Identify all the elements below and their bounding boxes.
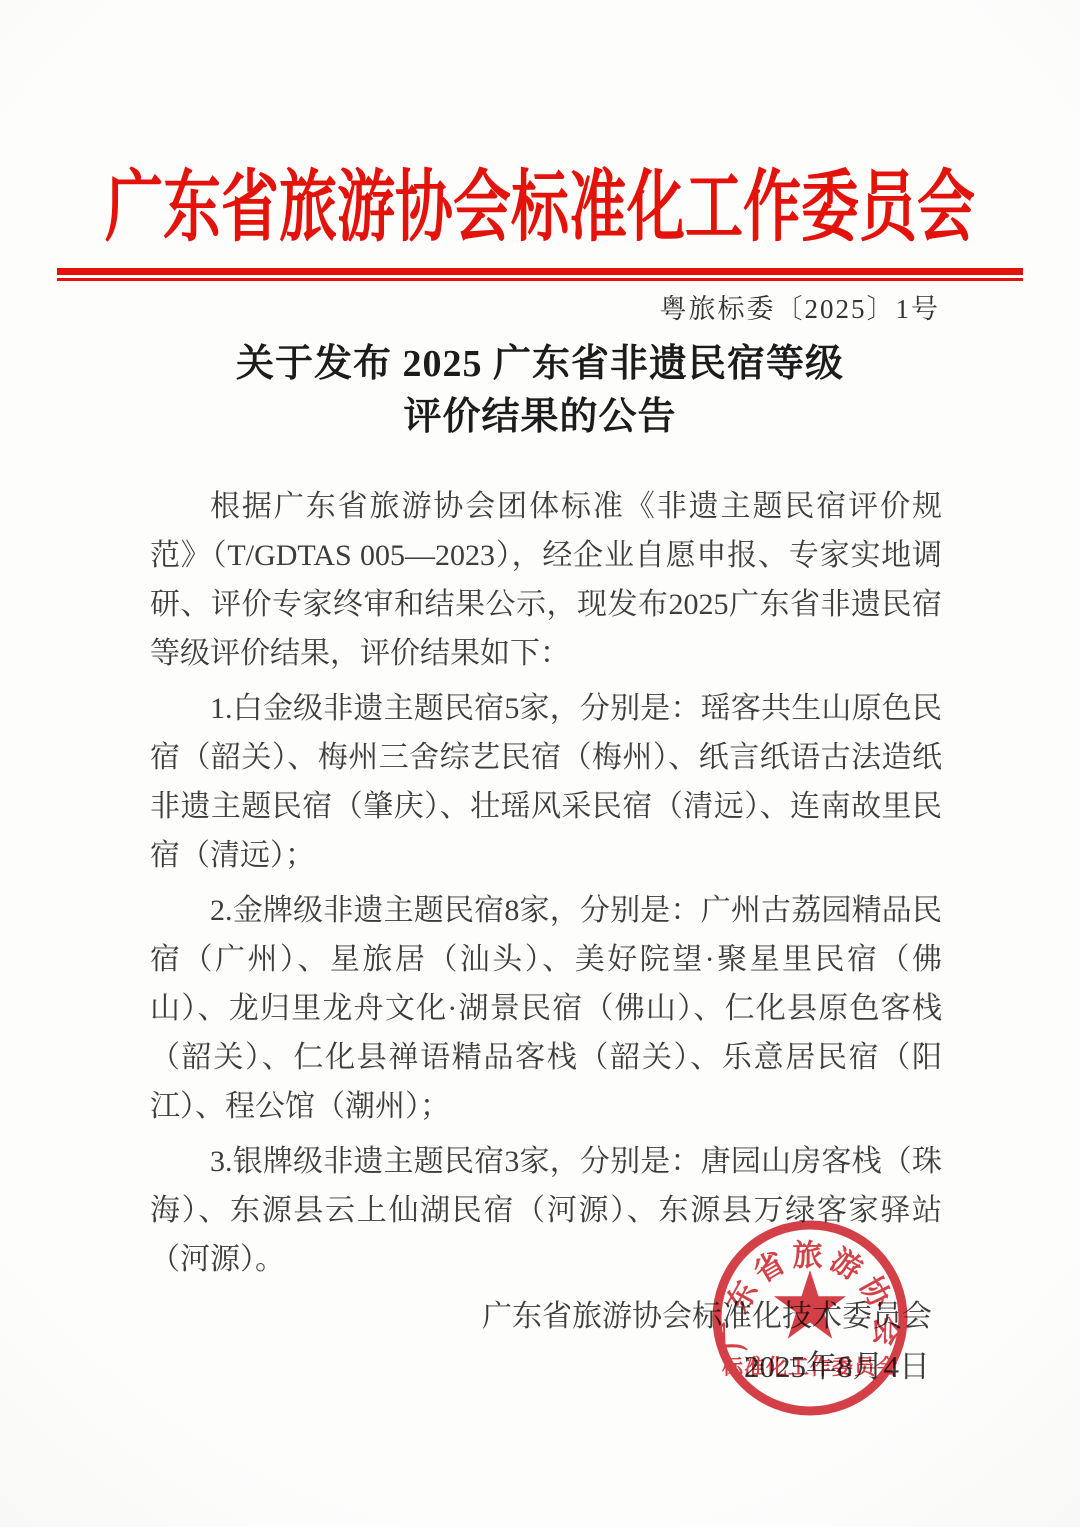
document-title: 关于发布 2025 广东省非遗民宿等级 评价结果的公告: [0, 338, 1080, 444]
document-number: 粤旅标委〔2025〕1号: [0, 287, 940, 326]
official-seal-stamp: 广东省旅游协会 标准化工作委员会: [705, 1213, 915, 1423]
seal-graphic: 广东省旅游协会 标准化工作委员会: [705, 1213, 915, 1423]
seal-star-icon: [774, 1270, 846, 1339]
document-title-line1: 关于发布 2025 广东省非遗民宿等级: [0, 338, 1080, 391]
header-divider-thick-line: [57, 268, 1023, 275]
body-paragraph-gold-list: 2.金牌级非遗主题民宿8家，分别是：广州古荔园精品民宿（广州）、星旅居（汕头）、…: [150, 886, 942, 1131]
document-body: 根据广东省旅游协会团体标准《非遗主题民宿评价规范》（T/GDTAS 005—20…: [150, 482, 942, 1284]
body-paragraph-intro: 根据广东省旅游协会团体标准《非遗主题民宿评价规范》（T/GDTAS 005—20…: [150, 482, 942, 678]
announcement-document: 广东省旅游协会标准化工作委员会 粤旅标委〔2025〕1号 关于发布 2025 广…: [0, 0, 1080, 1527]
header-divider-thin-line: [57, 278, 1023, 281]
org-header-title: 广东省旅游协会标准化工作委员会: [0, 144, 1080, 257]
seal-bottom-text: 标准化工作委员会: [721, 1355, 898, 1379]
body-paragraph-platinum-list: 1.白金级非遗主题民宿5家，分别是：瑶客共生山原色民宿（韶关）、梅州三舍综艺民宿…: [150, 684, 942, 880]
document-title-line2: 评价结果的公告: [0, 391, 1080, 444]
header-divider: [57, 268, 1023, 281]
